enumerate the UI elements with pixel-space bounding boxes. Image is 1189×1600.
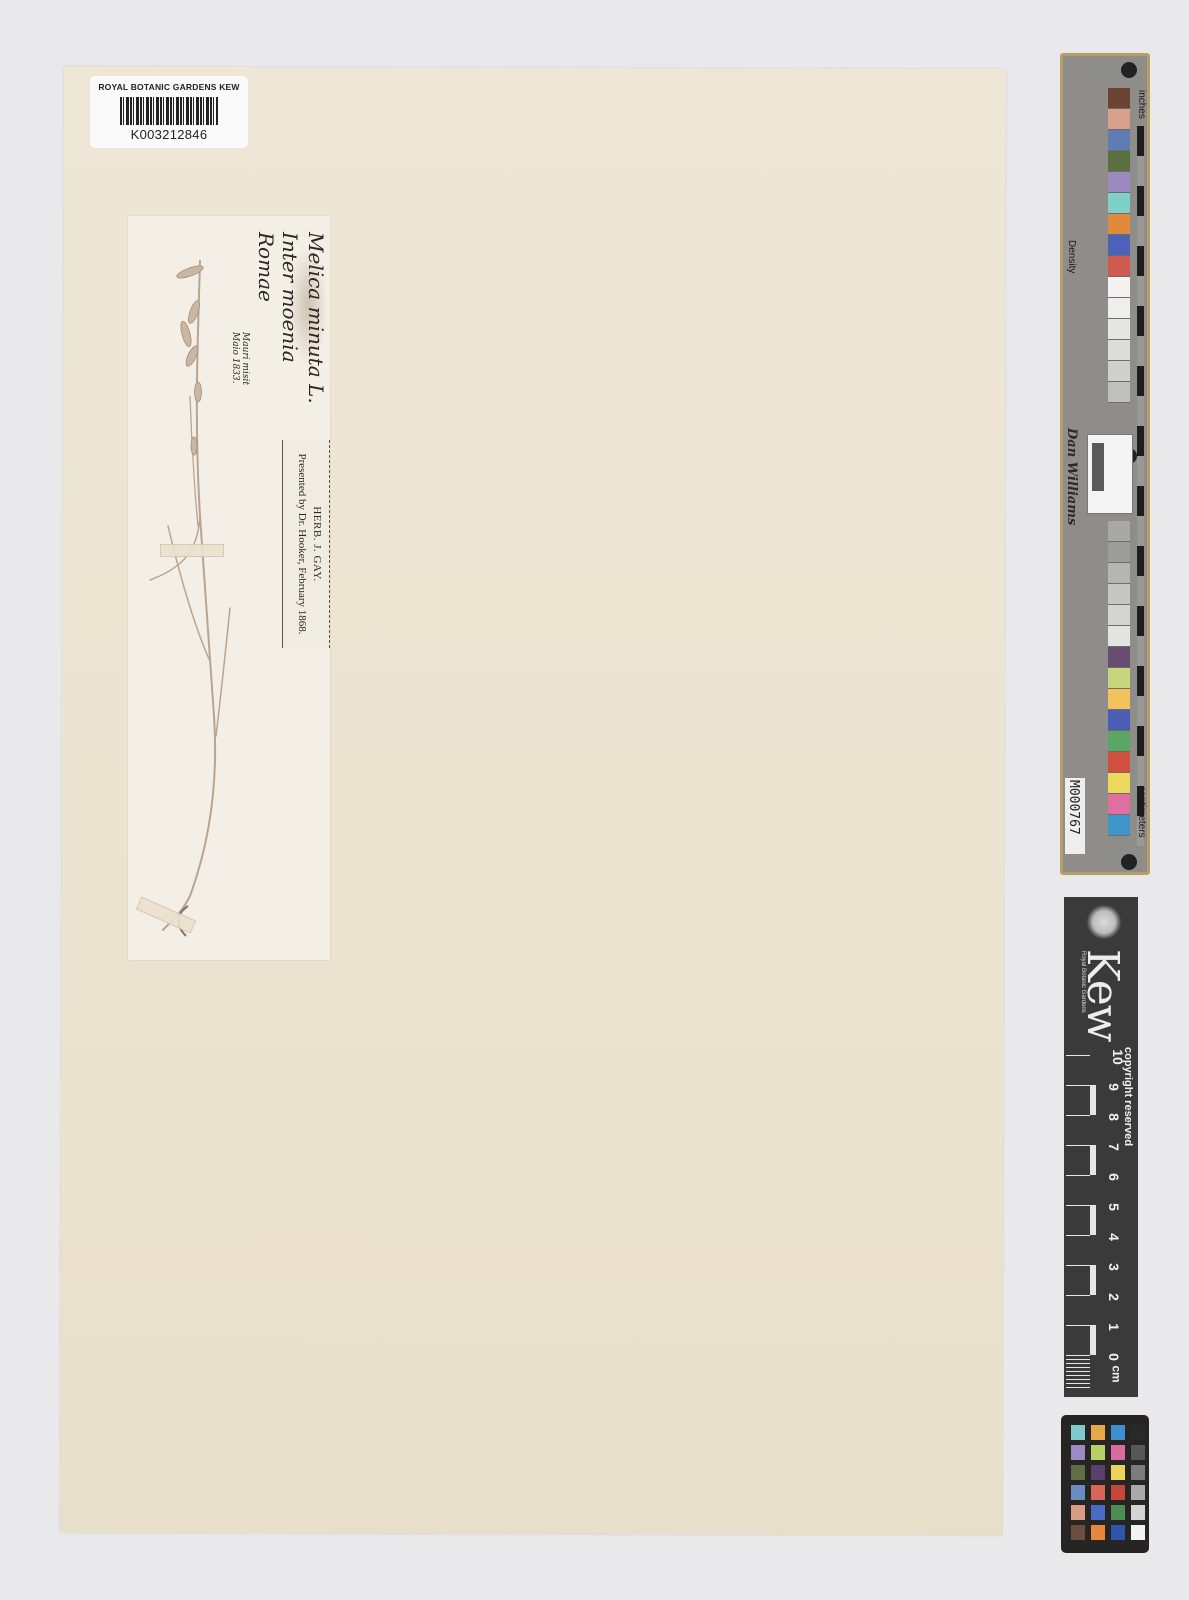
color-chip: [1111, 1445, 1125, 1460]
cm-block: [1066, 1145, 1090, 1175]
cm-block-light: [1090, 1325, 1096, 1355]
cm-unit-label: cm: [1110, 1365, 1124, 1382]
color-swatch: [1108, 710, 1130, 731]
color-swatch: [1108, 584, 1130, 605]
cm-number: 5: [1106, 1203, 1122, 1211]
kew-scale-card: Royal Botanic Gardens Kew copyright rese…: [1064, 897, 1138, 1397]
cm-block: [1066, 1325, 1090, 1355]
color-chip: [1131, 1425, 1145, 1440]
color-swatch: [1108, 563, 1130, 584]
ruler-swatches-bottom: [1108, 521, 1130, 836]
ruler-hole: [1121, 854, 1137, 870]
cm-number: 9: [1106, 1083, 1122, 1091]
cm-number: 6: [1106, 1173, 1122, 1181]
cm-number: 3: [1106, 1263, 1122, 1271]
collector-note: Mauri misit: [240, 332, 250, 432]
kew-logo: Kew: [1077, 949, 1128, 1041]
color-swatch: [1108, 193, 1130, 214]
resolution-target: [1087, 434, 1133, 514]
cm-block: [1066, 1235, 1090, 1265]
cm-block-light: [1090, 1265, 1096, 1295]
cm-number: 1: [1106, 1323, 1122, 1331]
color-chip: [1091, 1525, 1105, 1540]
herbarium-name: HERB. J. GAY.: [311, 440, 323, 648]
color-swatch: [1108, 542, 1130, 563]
color-calibration-ruler: inches centimeters Density Dan Williams …: [1060, 53, 1150, 875]
ruler-id: M000767: [1066, 780, 1081, 835]
ruler-hole: [1121, 62, 1137, 78]
barcode-label: ROYAL BOTANIC GARDENS KEW K003212846: [90, 76, 248, 148]
color-chip: [1071, 1425, 1085, 1440]
ruler-brand: Dan Williams: [1064, 428, 1079, 525]
color-chip: [1091, 1465, 1105, 1480]
cm-number: 0: [1106, 1353, 1122, 1361]
cm-block: [1066, 1205, 1090, 1235]
color-swatch: [1108, 340, 1130, 361]
color-swatch: [1108, 235, 1130, 256]
ruler-tick-scale: [1137, 126, 1144, 846]
barcode-number: K003212846: [90, 127, 248, 142]
cm-number: 4: [1106, 1233, 1122, 1241]
cm-number: 8: [1106, 1113, 1122, 1121]
color-swatch: [1108, 668, 1130, 689]
color-swatch: [1108, 151, 1130, 172]
color-swatch: [1108, 773, 1130, 794]
color-swatch: [1108, 752, 1130, 773]
cm-block: [1066, 1295, 1090, 1325]
color-chip: [1091, 1445, 1105, 1460]
color-chip: [1131, 1465, 1145, 1480]
color-chip: [1071, 1525, 1085, 1540]
centimeters-label: centimeters: [1136, 786, 1147, 838]
ruler-swatches-top: [1108, 88, 1130, 403]
color-chip: [1111, 1465, 1125, 1480]
cm-number: 10: [1110, 1049, 1126, 1065]
printed-label-text: HERB. J. GAY. Presented by Dr. Hooker, F…: [283, 440, 329, 648]
color-swatch: [1108, 319, 1130, 340]
locality: Inter moenia Romae: [254, 232, 302, 432]
color-chip: [1131, 1485, 1145, 1500]
color-chip: [1111, 1505, 1125, 1520]
color-swatch: [1108, 277, 1130, 298]
color-swatch: [1108, 109, 1130, 130]
color-swatch: [1108, 605, 1130, 626]
color-swatch: [1108, 256, 1130, 277]
cm-block: [1066, 1175, 1090, 1205]
color-swatch: [1108, 794, 1130, 815]
handwritten-determination-label: Melica minuta L. Inter moenia Romae Maur…: [238, 232, 328, 432]
cm-number: 2: [1106, 1293, 1122, 1301]
density-label: Density: [1066, 240, 1077, 273]
color-chip: [1071, 1485, 1085, 1500]
collection-date: Maio 1833.: [230, 332, 240, 432]
color-swatch: [1108, 298, 1130, 319]
color-chip: [1071, 1465, 1085, 1480]
taxon-name: Melica minuta L.: [304, 232, 328, 432]
inches-label: inches: [1136, 90, 1147, 119]
color-swatch: [1108, 815, 1130, 836]
color-swatch: [1108, 130, 1130, 151]
cm-block: [1066, 1085, 1090, 1115]
color-chip: [1131, 1445, 1145, 1460]
barcode-icon: [120, 97, 218, 125]
color-chip: [1091, 1425, 1105, 1440]
color-chip: [1091, 1505, 1105, 1520]
color-chip: [1131, 1525, 1145, 1540]
donation-note: Presented by Dr. Hooker, February 1868.: [296, 440, 308, 648]
color-chip: [1111, 1485, 1125, 1500]
herbarium-printed-label: HERB. J. GAY. Presented by Dr. Hooker, F…: [282, 440, 330, 648]
royal-crest-icon: [1086, 905, 1122, 939]
cm-block: [1066, 1115, 1090, 1145]
cm-block-light: [1090, 1085, 1096, 1115]
color-chip: [1131, 1505, 1145, 1520]
color-swatch: [1108, 689, 1130, 710]
color-swatch: [1108, 382, 1130, 403]
color-swatch: [1108, 214, 1130, 235]
color-swatch: [1108, 361, 1130, 382]
color-chip: [1071, 1505, 1085, 1520]
color-swatch: [1108, 626, 1130, 647]
color-chip: [1071, 1445, 1085, 1460]
target-dark-bar: [1092, 443, 1104, 491]
cm-block-light: [1090, 1145, 1096, 1175]
color-chip: [1111, 1525, 1125, 1540]
mounting-tape: [160, 544, 224, 557]
color-swatch: [1108, 172, 1130, 193]
color-checker-card: [1061, 1415, 1149, 1553]
color-chip: [1091, 1485, 1105, 1500]
color-swatch: [1108, 647, 1130, 668]
institution-name: ROYAL BOTANIC GARDENS KEW: [90, 82, 248, 92]
centimeter-scale: 012345678910: [1066, 1049, 1096, 1389]
ruler-id-tag: M000767: [1065, 778, 1085, 854]
cm-block-light: [1090, 1205, 1096, 1235]
cm-block: [1066, 1055, 1090, 1085]
color-swatch: [1108, 88, 1130, 109]
color-swatch: [1108, 521, 1130, 542]
cm-number: 7: [1106, 1143, 1122, 1151]
color-chip: [1111, 1425, 1125, 1440]
color-swatch: [1108, 731, 1130, 752]
millimeter-hatch: [1066, 1355, 1090, 1391]
cm-block: [1066, 1265, 1090, 1295]
